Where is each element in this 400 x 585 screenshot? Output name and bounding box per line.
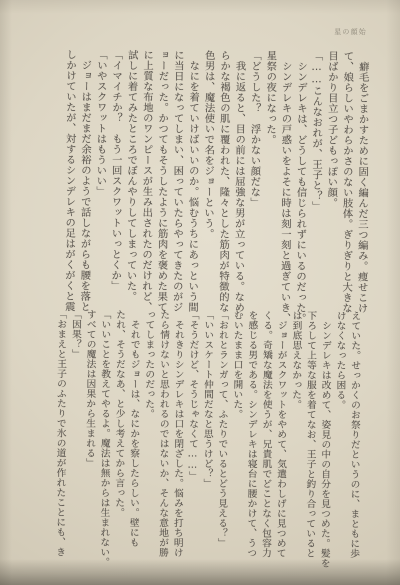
text-column: シンデレキは、どうしても信じられずにいるのだった。 [291,50,308,328]
text-column: 「どうした？ 浮かない顔だな」 [245,50,262,328]
text-column: 目ばかり目立つ子どもっぽい顔。 [322,51,339,329]
scanned-book-page: 星の顔始 癖毛をごまかすために固く編んだ三つ編み。痩せこけて、娘らしいやわらかさ… [0,0,400,585]
text-column: えていた。せっかくのお祭りだというのに、まともに歩 [346,311,362,564]
text-block-upper: 癖毛をごまかすために固く編んだ三つ編み。痩せこけて、娘らしいやわらかさのない肢体… [60,49,370,329]
running-header: 星の顔始 [334,27,367,37]
text-column: は到底思えなかった。 [287,310,303,563]
text-column: 「いいことを教えてやるよ。魔法は無からは生まれない。 [96,309,112,562]
text-column: に当日になってしまい、困っていたらやってきたのがジ [168,50,185,328]
text-column: それでもジョーは、なにかを察したらしい。壁にも [125,310,141,563]
text-column: むいたまま口を開いた。 [228,310,244,563]
text-column: けなくなったら困る。 [331,311,347,564]
text-column: て、娘らしいやわらかさのない肢体。ぎりぎりと大きな [337,51,354,329]
text-column: らかな褐色の肌に覆われた、隆々とした筋肉が特徴的な [214,50,231,328]
text-column: しかけていたが、対するシンデレキの足はがくがくと震 [60,49,77,327]
text-column: たれ、そうだなあ、と少し考えてから言った。 [110,310,126,563]
text-column: シンデレキの戸惑いをよそに時は刻一刻と過ぎていき、 [276,50,293,328]
text-column: 「因果？」 [66,309,82,562]
text-block-lower: えていた。せっかくのお祭りだというのに、まともに歩けなくなったら困る。 シンデレ… [52,309,362,564]
text-column: 「イマイチか？ もう一回スクワットいっとくか」 [106,49,123,327]
text-column: すべての魔法は因果から生まれる」 [81,309,97,562]
text-column: ってしまったのだった。 [140,310,156,563]
text-column: 星祭の夜になった。 [260,50,277,328]
text-column: 「おまえと王子のふたりで氷の道が作れたことにも、き [52,309,68,562]
text-column: に上質な布地のワンピースが生み出されたのだけれど、 [137,50,154,328]
text-column: 下ろして上等な服を着てなお、王子と釣り合っていると [302,311,318,564]
text-column: なにを着ていけばいいのか。悩むうちにあっという間 [183,50,200,328]
text-column: 「いいスケート仲間だなと思うけど？」 [199,310,215,563]
text-column: ョーだった。かつてもそうしたように筋肉を褒めた果て [153,50,170,328]
text-column: たら情けないと思われるのではないか、そんな意地が勝 [154,310,170,563]
text-column: 「……こんなおれが、王子と？」 [307,50,324,328]
text-column: 色男は、魔法使いで名をジョーという。 [199,50,216,328]
text-column: ジョーはまだまだ余裕のようで話しながらも腰を落と [76,49,93,327]
text-column: 「そうだけど、そうじゃなくて……」 [184,310,200,563]
text-column: 「いやスクワットはもういい」 [91,49,108,327]
text-column: くる。奇矯な魔法を使うが、兄貴肌でどことなく包容力 [257,310,273,563]
text-column: それきりシンデレキは口を閉ざした。悩みを打ち明け [169,310,185,563]
text-column: シンデレキは改めて、姿見の中の自分を見つめた。髪を [316,311,332,564]
text-column: を感じる男である。シンデレキは寝台に腰かけて、うつ [243,310,259,563]
text-column: ジョーがスクワットをやめて、気遣わしげに見つめて [272,310,288,563]
text-column: 「おれとランガって、ふたりでいるとどう見える？」 [213,310,229,563]
text-column: 我に返ると、目の前には屈強な男が立っている。なめ [230,50,247,328]
text-column: 癖毛をごまかすために固く編んだ三つ編み。痩せこけ [353,51,370,329]
text-column: 試しに着てみたところでぼんやりしてしまっていた。 [122,50,139,328]
